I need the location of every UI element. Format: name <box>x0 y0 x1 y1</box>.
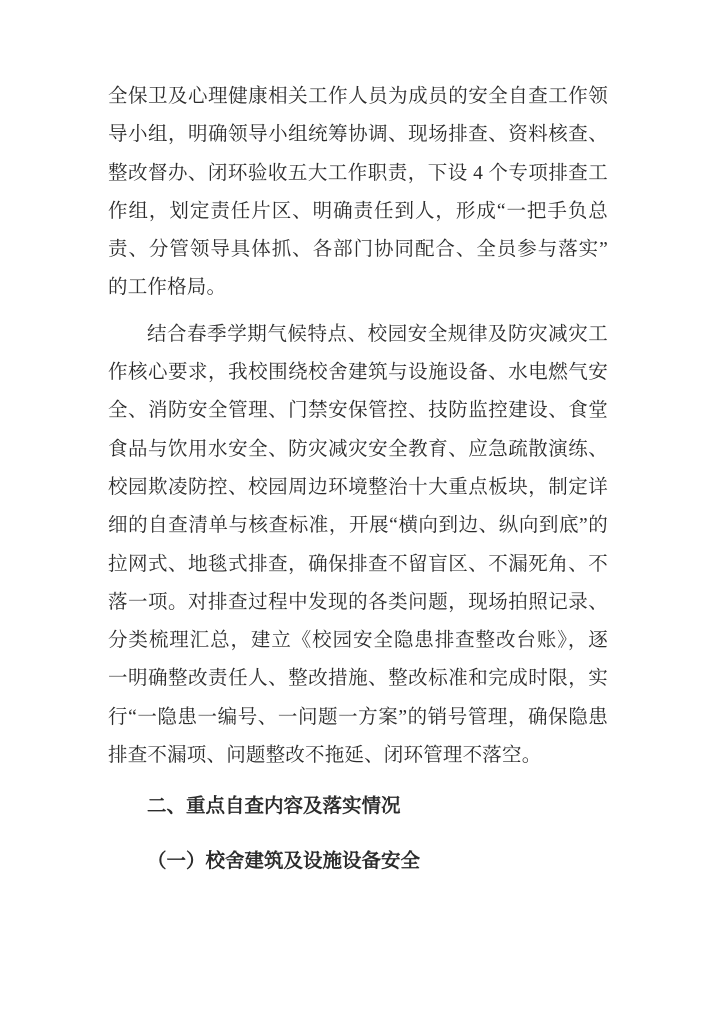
paragraph-inspection-overview: 结合春季学期气候特点、校园安全规律及防灾减灾工作核心要求，我校围绕校舍建筑与设施… <box>108 316 608 776</box>
paragraph-continued-from-previous-page: 全保卫及心理健康相关工作人员为成员的安全自查工作领导小组，明确领导小组统筹协调、… <box>108 78 608 308</box>
section-heading-key-self-inspection: 二、重点自查内容及落实情况 <box>108 788 608 826</box>
document-page: 全保卫及心理健康相关工作人员为成员的安全自查工作领导小组，明确领导小组统筹协调、… <box>0 0 724 1024</box>
subsection-heading-building-facility-safety: （一）校舍建筑及设施设备安全 <box>108 843 608 881</box>
